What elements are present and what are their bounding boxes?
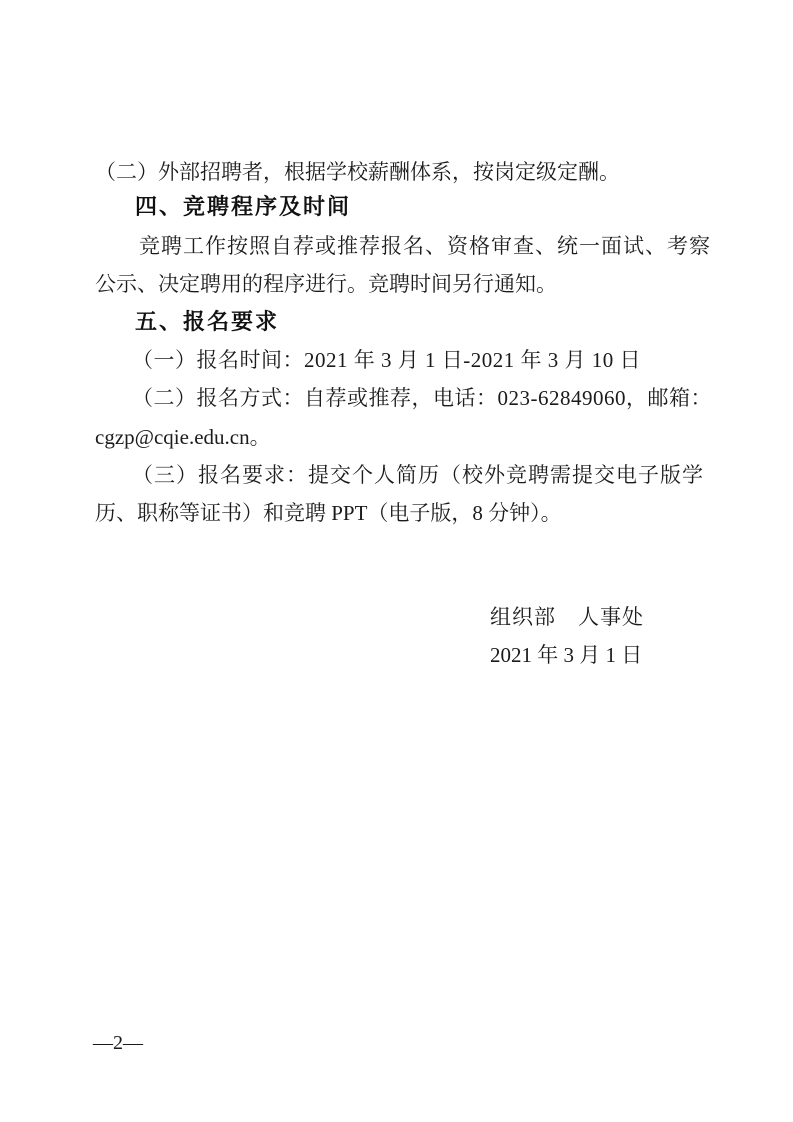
paragraph-line-registration-requirement-1: （三）报名要求：提交个人简历（校外竞聘需提交电子版学 xyxy=(132,462,704,488)
paragraph-line-procedure-2: 公示、决定聘用的程序进行。竞聘时间另行通知。 xyxy=(95,271,557,297)
signature-department: 组织部 人事处 xyxy=(490,604,644,630)
section-heading-4-procedure: 四、竞聘程序及时间 xyxy=(135,194,351,220)
paragraph-line-registration-requirement-2: 历、职称等证书）和竞聘 PPT（电子版，8 分钟）。 xyxy=(95,500,562,526)
signature-date: 2021 年 3 月 1 日 xyxy=(490,642,642,668)
paragraph-line-registration-method: （二）报名方式：自荐或推荐，电话：023-62849060，邮箱： xyxy=(132,385,712,411)
document-page: （二）外部招聘者，根据学校薪酬体系，按岗定级定酬。 四、竞聘程序及时间 竞聘工作… xyxy=(0,0,793,1122)
paragraph-line-email: cgzp@cqie.edu.cn。 xyxy=(95,424,271,450)
page-number: —2— xyxy=(93,1030,143,1056)
paragraph-line-item-2-external: （二）外部招聘者，根据学校薪酬体系，按岗定级定酬。 xyxy=(95,159,620,185)
paragraph-line-procedure-1: 竞聘工作按照自荐或推荐报名、资格审查、统一面试、考察 xyxy=(139,233,711,259)
section-heading-5-registration: 五、报名要求 xyxy=(135,309,279,335)
paragraph-line-registration-time: （一）报名时间：2021 年 3 月 1 日-2021 年 3 月 10 日 xyxy=(132,347,641,373)
